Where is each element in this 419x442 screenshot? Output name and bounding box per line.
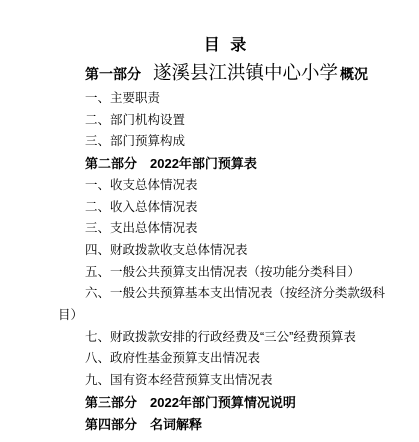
toc-entry: 二、收入总体情况表 [58,197,395,219]
toc-part-heading: 第四部分 名词解释 [58,414,395,436]
doc-title: 目 录 [58,36,395,55]
toc-entry: 八、政府性基金预算支出情况表 [58,348,395,370]
toc-entry: 五、一般公共预算支出情况表（按功能分类科目） [58,262,395,284]
toc-entry: 四、财政拨款收支总体情况表 [58,240,395,262]
part1-label: 第一部分 [85,66,141,82]
part1-suffix: 概况 [340,66,368,82]
toc-part-heading: 第二部分 2022年部门预算表 [58,153,395,175]
toc-entry-continuation: 目） [58,305,395,327]
toc-entry: 三、支出总体情况表 [58,218,395,240]
toc-part-heading: 第三部分 2022年部门预算情况说明 [58,392,395,414]
part1-heading: 第一部分遂溪县江洪镇中心小学概况 [58,59,395,88]
toc-entry: 一、收支总体情况表 [58,175,395,197]
toc-entry: 一、主要职责 [58,88,395,110]
toc-entry: 三、部门预算构成 [58,131,395,153]
toc-entry: 七、财政拨款安排的行政经费及“三公”经费预算表 [58,327,395,349]
toc-entry: 二、部门机构设置 [58,110,395,132]
toc-list: 一、主要职责 二、部门机构设置 三、部门预算构成 第二部分 2022年部门预算表… [58,88,395,435]
toc-entry: 九、国有资本经营预算支出情况表 [58,370,395,392]
toc-entry: 六、一般公共预算基本支出情况表（按经济分类款级科 [58,283,395,305]
toc-page: 目 录 第一部分遂溪县江洪镇中心小学概况 一、主要职责 二、部门机构设置 三、部… [0,0,419,442]
part1-school-name: 遂溪县江洪镇中心小学 [153,62,338,83]
